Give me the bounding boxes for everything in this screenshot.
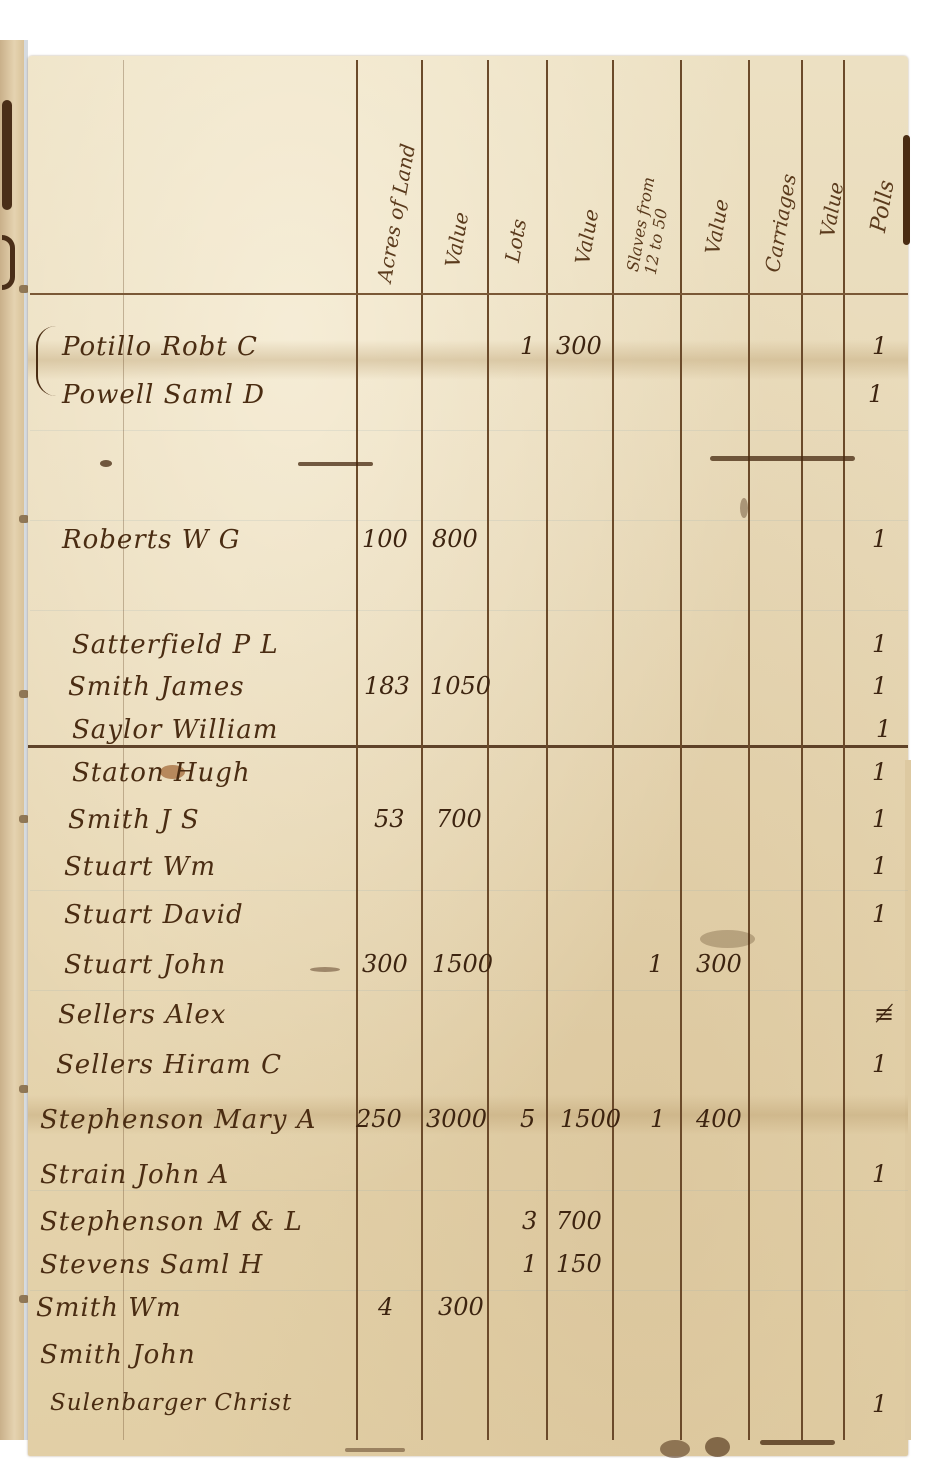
ink-flourish (903, 135, 910, 245)
polls-cell: 1 (868, 380, 883, 408)
lots-cell: 5 (520, 1105, 535, 1133)
taxpayer-name: Smith James (68, 672, 245, 702)
taxpayer-name: Sulenbarger Christ (50, 1390, 292, 1416)
ink-blot (100, 460, 112, 467)
taxpayer-name: Powell Saml D (62, 380, 265, 410)
ledger-row: Potillo Robt C 1 300 1 (0, 332, 951, 372)
taxpayer-name: Satterfield P L (72, 630, 279, 660)
taxpayer-name: Roberts W G (62, 525, 241, 555)
acres-cell: 100 (362, 525, 408, 553)
taxpayer-name: Stuart Wm (64, 852, 216, 882)
ledger-row: Staton Hugh 1 (0, 758, 951, 798)
ruled-line (30, 430, 908, 431)
acres-cell: 4 (378, 1293, 393, 1321)
acres-cell: 183 (364, 672, 410, 700)
lots-cell: 1 (522, 1250, 537, 1278)
ledger-row: Stevens Saml H 1 150 (0, 1250, 951, 1290)
lots-cell: 1 (520, 332, 535, 360)
acres-cell: 300 (362, 950, 408, 978)
lots-cell: 3 (522, 1207, 537, 1235)
header-rule (30, 293, 908, 295)
taxpayer-name: Stephenson M & L (40, 1207, 303, 1237)
polls-cell: 1 (872, 672, 887, 700)
acres-cell: 250 (356, 1105, 402, 1133)
ledger-row: Saylor William 1 (0, 715, 951, 755)
slaves-value-cell: 300 (696, 950, 742, 978)
ledger-row: Stuart Wm 1 (0, 852, 951, 892)
acres-value-cell: 700 (436, 805, 482, 833)
lots-value-cell: 700 (556, 1207, 602, 1235)
polls-cell: 1 (872, 1050, 887, 1078)
slaves-value-cell: 400 (696, 1105, 742, 1133)
acres-value-cell: 1500 (432, 950, 493, 978)
ledger-row: Strain John A 1 (0, 1160, 951, 1200)
taxpayer-name: Sellers Hiram C (56, 1050, 282, 1080)
polls-cell: ≢ (874, 1000, 894, 1028)
polls-cell: 1 (872, 1160, 887, 1188)
ruled-line (30, 520, 908, 521)
acres-value-cell: 3000 (426, 1105, 487, 1133)
ledger-row: Sulenbarger Christ 1 (0, 1390, 951, 1430)
ledger-row: Powell Saml D 1 (0, 380, 951, 420)
polls-cell: 1 (872, 900, 887, 928)
ruled-line (30, 610, 908, 611)
slaves-cell: 1 (648, 950, 663, 978)
taxpayer-name: Strain John A (40, 1160, 229, 1190)
polls-cell: 1 (872, 805, 887, 833)
polls-cell: 1 (872, 1390, 887, 1418)
taxpayer-name: Staton Hugh (72, 758, 251, 788)
ink-mark (2, 235, 15, 290)
taxpayer-name: Smith J S (68, 805, 200, 835)
ledger-row: Stuart John 300 1500 1 300 (0, 950, 951, 990)
ledger-row: Sellers Alex ≢ (0, 1000, 951, 1040)
ink-mark (2, 100, 12, 210)
slaves-cell: 1 (650, 1105, 665, 1133)
ink-blot (705, 1437, 730, 1457)
ruled-line (30, 1290, 908, 1291)
ruled-line (30, 990, 908, 991)
acres-value-cell: 1050 (430, 672, 491, 700)
taxpayer-name: Stephenson Mary A (40, 1105, 316, 1135)
polls-cell: 1 (872, 525, 887, 553)
ledger-row: Smith J S 53 700 1 (0, 805, 951, 845)
acres-value-cell: 300 (438, 1293, 484, 1321)
ink-blot (345, 1448, 405, 1452)
acres-value-cell: 800 (432, 525, 478, 553)
ink-blot (298, 462, 373, 466)
lots-value-cell: 1500 (560, 1105, 621, 1133)
polls-cell: 1 (872, 758, 887, 786)
ledger-row: Roberts W G 100 800 1 (0, 525, 951, 565)
ledger-row: Stuart David 1 (0, 900, 951, 940)
ink-blot (710, 456, 855, 461)
lots-value-cell: 150 (556, 1250, 602, 1278)
ledger-row: Smith James 183 1050 1 (0, 672, 951, 712)
taxpayer-name: Stuart David (64, 900, 244, 930)
polls-cell: 1 (872, 332, 887, 360)
ledger-row: Sellers Hiram C 1 (0, 1050, 951, 1090)
ledger-row: Satterfield P L 1 (0, 630, 951, 670)
taxpayer-name: Stuart John (64, 950, 226, 980)
polls-cell: 1 (872, 630, 887, 658)
taxpayer-name: Stevens Saml H (40, 1250, 263, 1280)
ledger-row: Smith Wm 4 300 (0, 1293, 951, 1333)
polls-cell: 1 (872, 852, 887, 880)
acres-cell: 53 (374, 805, 405, 833)
lots-value-cell: 300 (556, 332, 602, 360)
taxpayer-name: Smith Wm (36, 1293, 182, 1323)
ink-blot (740, 498, 748, 518)
ledger-row: Stephenson Mary A 250 3000 5 1500 1 400 (0, 1105, 951, 1145)
ink-blot (760, 1440, 835, 1445)
taxpayer-name: Smith John (40, 1340, 196, 1370)
polls-cell: 1 (876, 715, 891, 743)
ink-blot (660, 1440, 690, 1458)
taxpayer-name: Sellers Alex (58, 1000, 226, 1030)
ledger-row: Smith John (0, 1340, 951, 1380)
ledger-row: Stephenson M & L 3 700 (0, 1207, 951, 1247)
taxpayer-name: Saylor William (72, 715, 278, 745)
taxpayer-name: Potillo Robt C (62, 332, 258, 362)
